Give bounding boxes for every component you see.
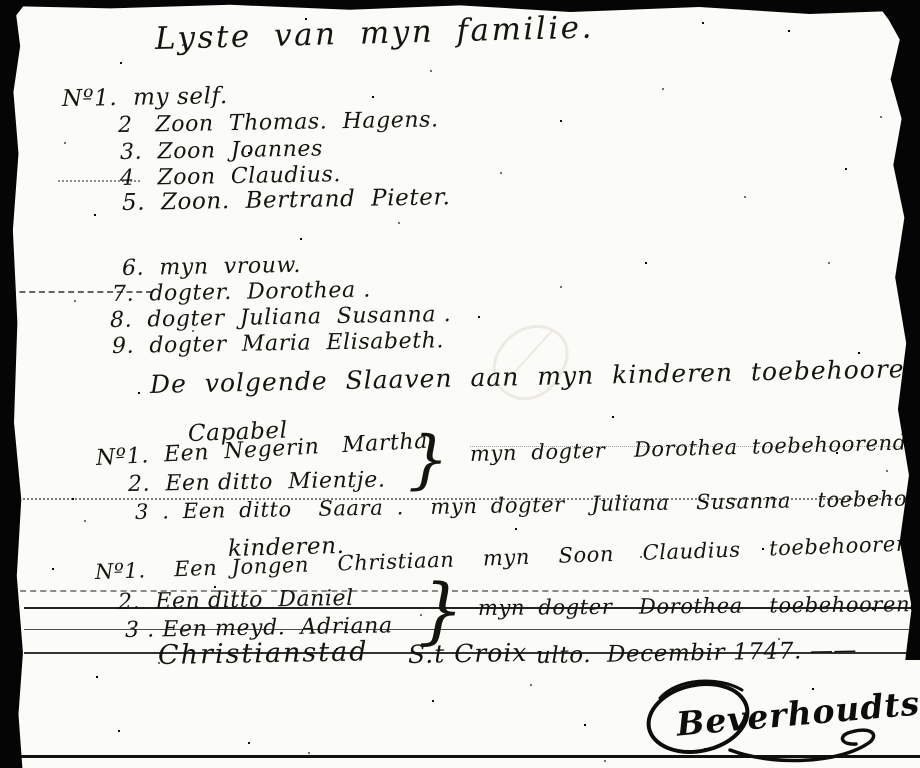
family-entry-1: Nº1. my self. xyxy=(62,85,228,111)
scanned-document-page: Lyste van myn familie. Nº1. my self. 2 Z… xyxy=(0,0,920,768)
slave-entry-capabel-2: 2. Een ditto Mientje. xyxy=(128,470,386,496)
dateline-place: Christianstad xyxy=(158,638,369,669)
family-entry-2: 2 Zoon Thomas. Hagens. xyxy=(118,109,439,137)
family-entry-7: 7. dogter. Dorothea . xyxy=(112,279,371,306)
family-entry-5: 5. Zoon. Bertrand Pieter. xyxy=(122,186,451,215)
dateline-island: S.t Croix xyxy=(408,640,528,667)
slave-entry-kinderen-1: Nº1. Een Jongen Christiaan myn Soon Clau… xyxy=(95,533,920,583)
family-entry-8: 8. dogter Juliana Susanna . xyxy=(110,304,452,332)
ownership-note-kinderen: myn dogter Dorothea toebehoorende. xyxy=(478,594,920,619)
family-entry-3: 3. Zoon Joannes xyxy=(120,138,323,164)
scan-edge-right xyxy=(874,0,920,660)
group-brace-kinderen: } xyxy=(418,578,464,643)
slave-entry-capabel-1: Nº1. Een Negerin Martha xyxy=(95,431,428,470)
slaves-section-heading: De volgende Slaaven aan myn kinderen toe… xyxy=(150,355,920,397)
family-entry-6: 6. myn vrouw. xyxy=(122,255,301,280)
slave-entry-kinderen-2: 2. Een ditto Daniel xyxy=(118,588,354,614)
scan-edge-top xyxy=(0,0,920,14)
signature-block: Beverhoudts xyxy=(642,670,918,766)
document-title: Lyste van myn familie. xyxy=(155,13,595,55)
ownership-note-capabel: myn dogter Dorothea toebehoorende xyxy=(470,432,920,465)
family-entry-9: 9. dogter Maria Elisabeth. xyxy=(112,330,444,358)
group-brace-capabel: } xyxy=(408,432,449,490)
dateline-date: ulto. Decembir 1747. —— xyxy=(536,639,857,668)
